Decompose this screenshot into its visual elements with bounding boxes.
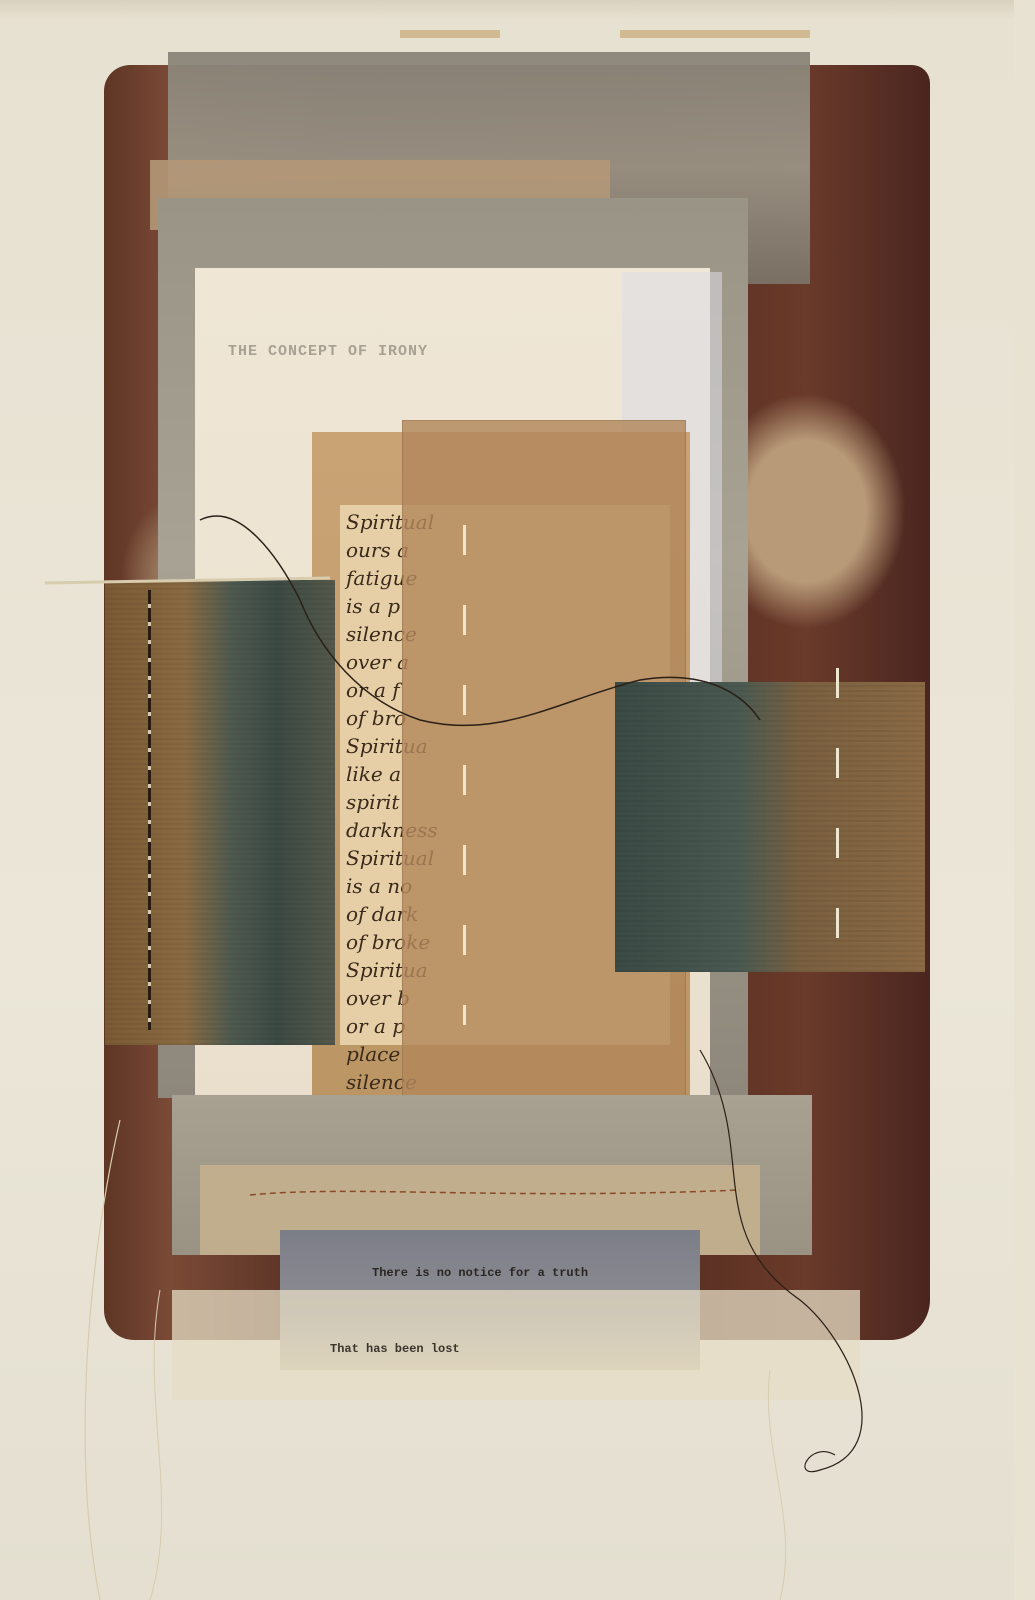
loose-threads	[0, 0, 1014, 1600]
